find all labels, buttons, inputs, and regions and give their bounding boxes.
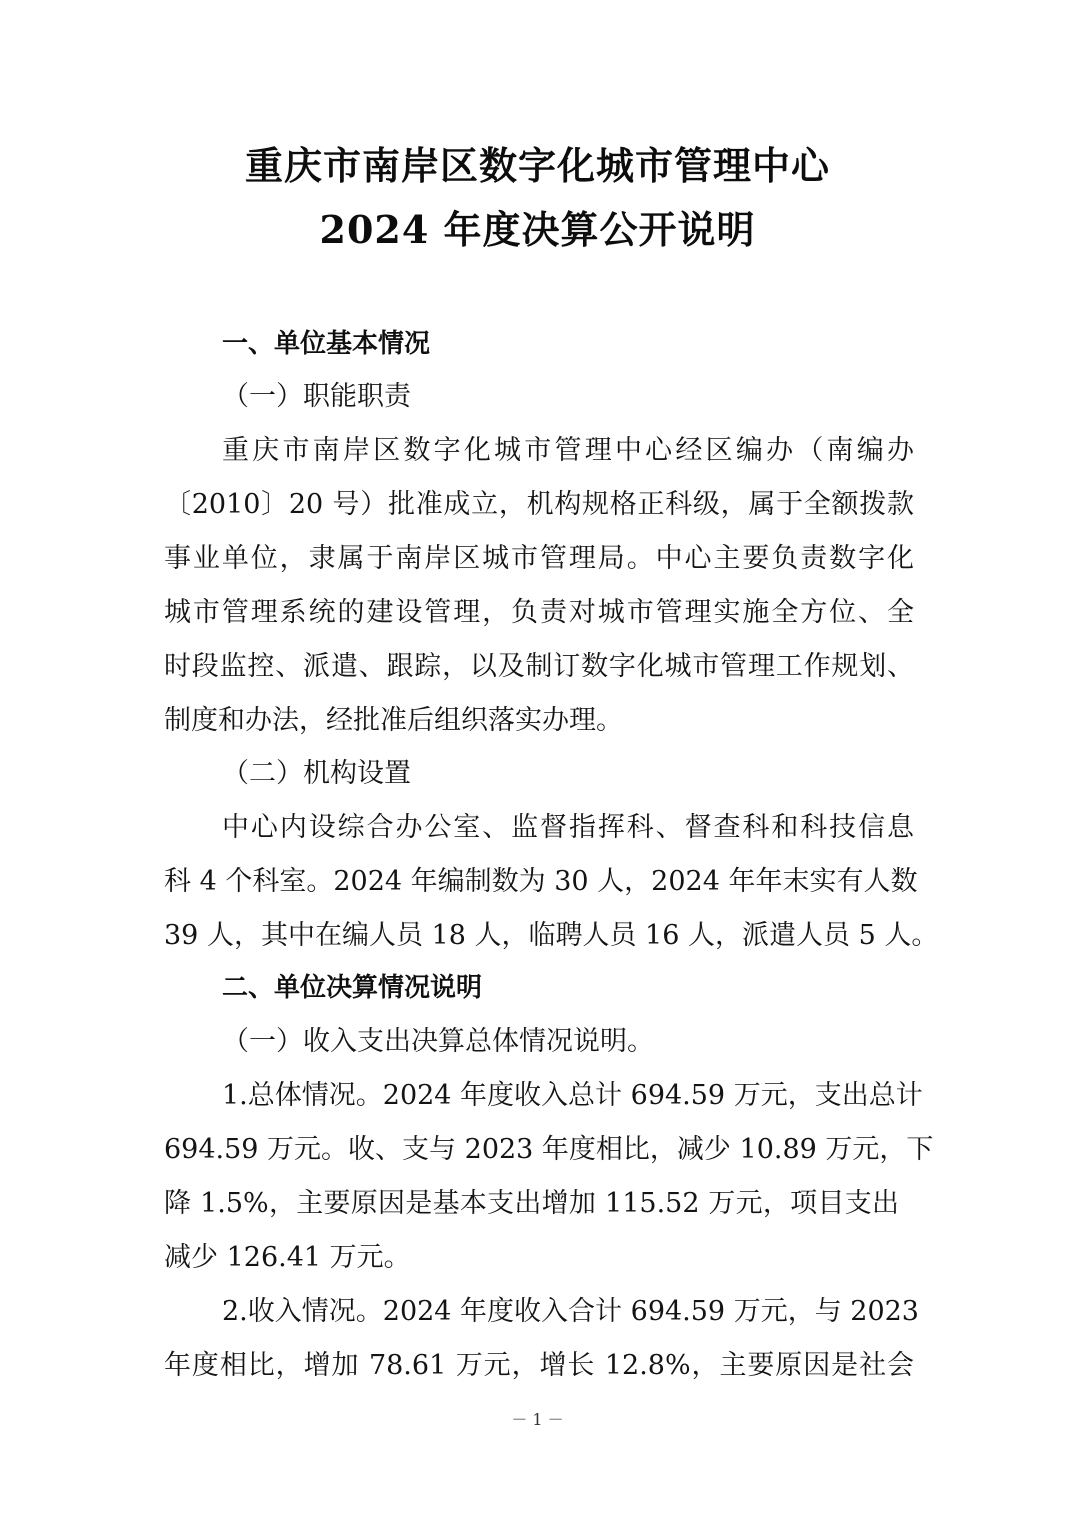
- section2-heading: 二、单位决算情况说明: [222, 970, 482, 1006]
- section2-sub1-heading: （一）收入支出决算总体情况说明。: [222, 1024, 654, 1060]
- paragraph-line: 科 4 个科室。2024 年编制数为 30 人，2024 年年末实有人数: [164, 864, 914, 900]
- paragraph-line: 制度和办法，经批准后组织落实办理。: [164, 703, 914, 739]
- paragraph-line: 降 1.5%，主要原因是基本支出增加 115.52 万元，项目支出: [164, 1186, 899, 1222]
- paragraph-line: 事业单位，隶属于南岸区城市管理局。中心主要负责数字化: [164, 541, 914, 577]
- page-number: － 1 －: [0, 1410, 1075, 1430]
- paragraph-line: 39 人，其中在编人员 18 人，临聘人员 16 人，派遣人员 5 人。: [164, 918, 914, 954]
- paragraph-line: 减少 126.41 万元。: [164, 1240, 914, 1276]
- paragraph-line: 〔2010〕20 号）批准成立，机构规格正科级，属于全额拨款: [164, 487, 914, 523]
- paragraph-line: 城市管理系统的建设管理，负责对城市管理实施全方位、全: [164, 595, 914, 631]
- section1-sub2-heading: （二）机构设置: [222, 756, 411, 792]
- section1-heading: 一、单位基本情况: [222, 326, 430, 362]
- paragraph-line: 2.收入情况。2024 年度收入合计 694.59 万元，与 2023: [222, 1294, 914, 1330]
- paragraph-line: 694.59 万元。收、支与 2023 年度相比，减少 10.89 万元，下: [164, 1132, 914, 1168]
- paragraph-line: 中心内设综合办公室、监督指挥科、督查科和科技信息: [222, 810, 914, 846]
- section1-sub1-heading: （一）职能职责: [222, 379, 411, 415]
- document-title-line1: 重庆市南岸区数字化城市管理中心: [0, 144, 1075, 188]
- paragraph-line: 年度相比，增加 78.61 万元，增长 12.8%，主要原因是社会: [164, 1348, 914, 1384]
- document-page: 重庆市南岸区数字化城市管理中心 2024 年度决算公开说明 一、单位基本情况 （…: [0, 0, 1075, 1520]
- paragraph-line: 重庆市南岸区数字化城市管理中心经区编办（南编办: [222, 433, 914, 469]
- paragraph-line: 时段监控、派遣、跟踪，以及制订数字化城市管理工作规划、: [164, 649, 914, 685]
- paragraph-line: 1.总体情况。2024 年度收入总计 694.59 万元，支出总计: [222, 1078, 914, 1114]
- document-title-line2: 2024 年度决算公开说明: [0, 208, 1075, 252]
